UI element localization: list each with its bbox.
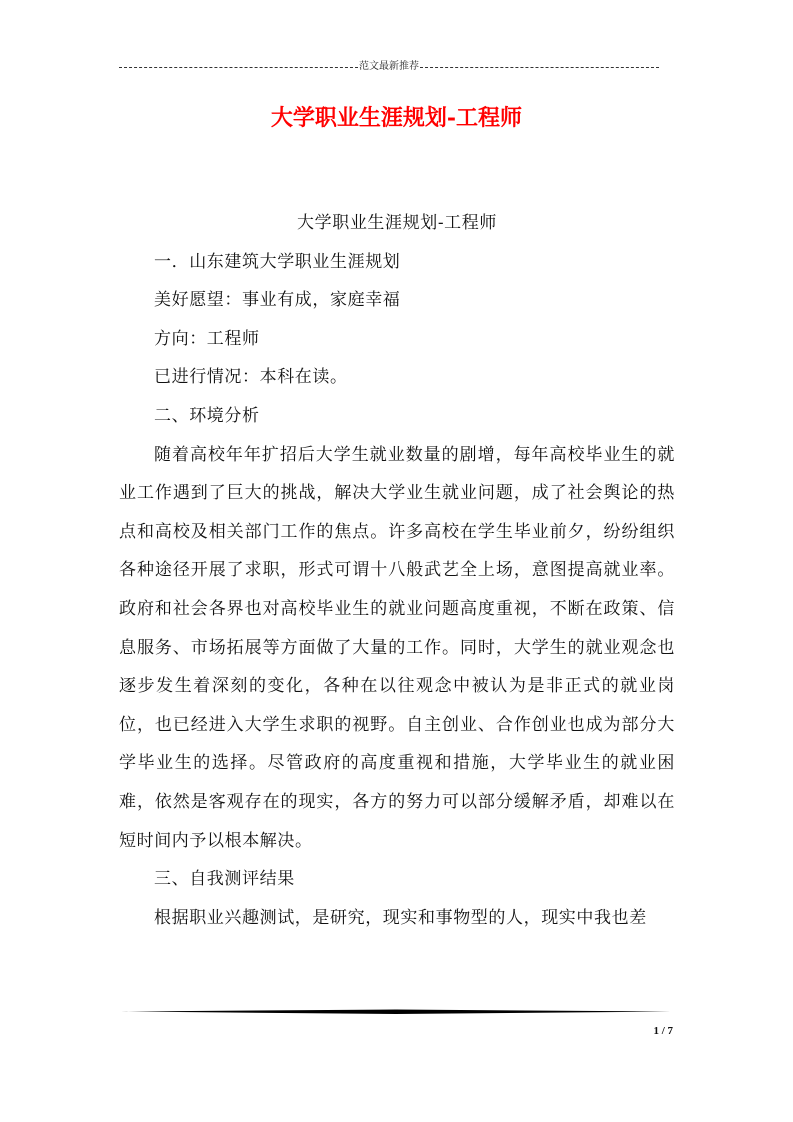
- section-heading-2: 二、环境分析: [119, 397, 675, 436]
- page-number: 1 / 7: [653, 1025, 673, 1037]
- environment-paragraph: 随着高校年年扩招后大学生就业数量的剧增，每年高校毕业生的就业工作遇到了巨大的挑战…: [119, 436, 675, 861]
- section-heading-1: 一．山东建筑大学职业生涯规划: [119, 243, 675, 282]
- direction-line: 方向：工程师: [119, 320, 675, 359]
- section-heading-3: 三、自我测评结果: [119, 860, 675, 899]
- header-label: 范文最新推荐: [358, 59, 420, 75]
- self-assessment-paragraph: 根据职业兴趣测试，是研究，现实和事物型的人，现实中我也差: [119, 899, 675, 938]
- header-dash-right: [420, 67, 659, 68]
- document-title: 大学职业生涯规划-工程师: [0, 103, 793, 133]
- wish-line: 美好愿望：事业有成，家庭幸福: [119, 281, 675, 320]
- subtitle: 大学职业生涯规划-工程师: [119, 204, 675, 243]
- page-header: 范文最新推荐: [119, 59, 659, 75]
- header-dash-left: [119, 67, 358, 68]
- footer-divider: [121, 1009, 671, 1015]
- document-body: 大学职业生涯规划-工程师 一．山东建筑大学职业生涯规划 美好愿望：事业有成，家庭…: [119, 204, 675, 937]
- status-line: 已进行情况：本科在读。: [119, 358, 675, 397]
